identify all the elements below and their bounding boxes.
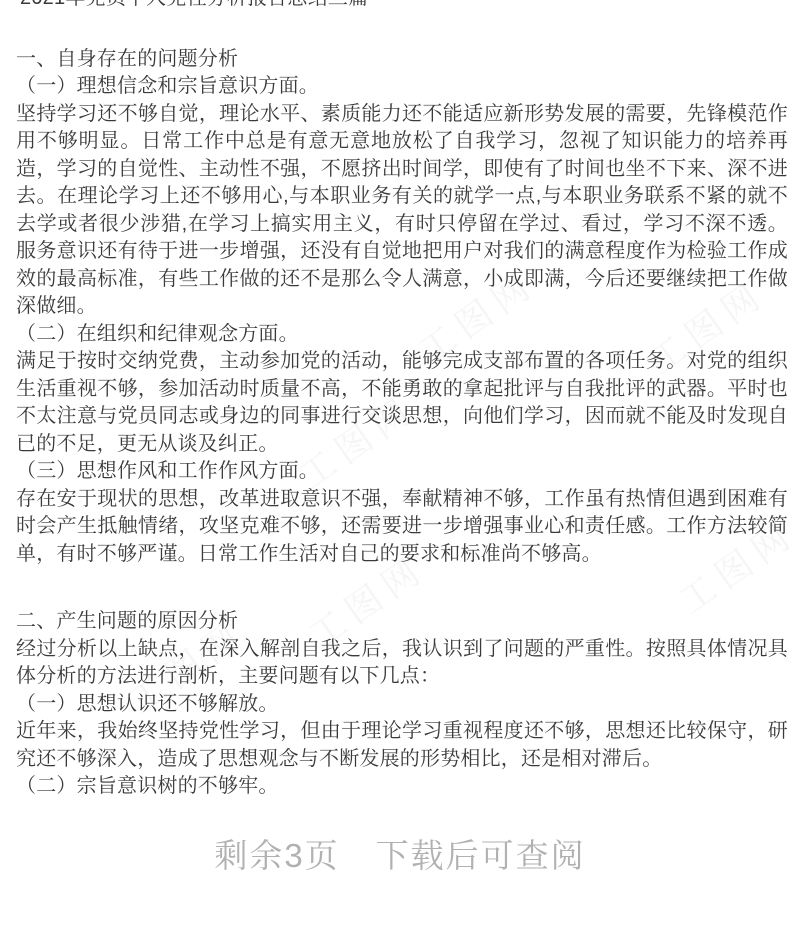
- section-1-heading: 一、自身存在的问题分析: [16, 46, 788, 74]
- section-2-sub-1: （一）思想认识还不够解放。: [16, 691, 788, 719]
- section-1-paragraph-2: 满足于按时交纳党费，主动参加党的活动，能够完成支部布置的各项任务。对党的组织生活…: [16, 348, 788, 458]
- section-2-paragraph-1: 经过分析以上缺点，在深入解剖自我之后，我认识到了问题的严重性。按照具体情况具体分…: [16, 636, 788, 691]
- document-body: 2021年党员个人党性分析报告总结三篇 一、自身存在的问题分析 （一）理想信念和…: [16, 0, 788, 801]
- section-1-sub-2: （二）在组织和纪律观念方面。: [16, 321, 788, 349]
- section-1-paragraph-1: 坚持学习还不够自觉，理论水平、素质能力还不能适应新形势发展的需要，先锋模范作用不…: [16, 101, 788, 321]
- title-gap: [16, 13, 788, 46]
- remaining-pages-count: 剩余3页: [214, 830, 339, 877]
- section-1-sub-3: （三）思想作风和工作作风方面。: [16, 458, 788, 486]
- section-2-sub-2: （二）宗旨意识树的不够牢。: [16, 773, 788, 801]
- section-1-sub-1: （一）理想信念和宗旨意识方面。: [16, 73, 788, 101]
- download-to-view-hint: 下载后可查阅: [376, 830, 586, 877]
- section-gap: [16, 568, 788, 608]
- section-2-heading: 二、产生问题的原因分析: [16, 608, 788, 636]
- section-1-paragraph-3: 存在安于现状的思想，改革进取意识不强，奉献精神不够，工作虽有热情但遇到困难有时会…: [16, 486, 788, 569]
- document-title: 2021年党员个人党性分析报告总结三篇: [20, 0, 788, 13]
- remaining-pages-notice: 剩余3页 下载后可查阅: [0, 830, 800, 877]
- section-2-paragraph-2: 近年来，我始终坚持党性学习，但由于理论学习重视程度还不够，思想还比较保守，研究还…: [16, 718, 788, 773]
- document-preview-page: 工图网 工图网 工图网 工图网 工图网 工图网 2021年党员个人党性分析报告总…: [0, 0, 800, 930]
